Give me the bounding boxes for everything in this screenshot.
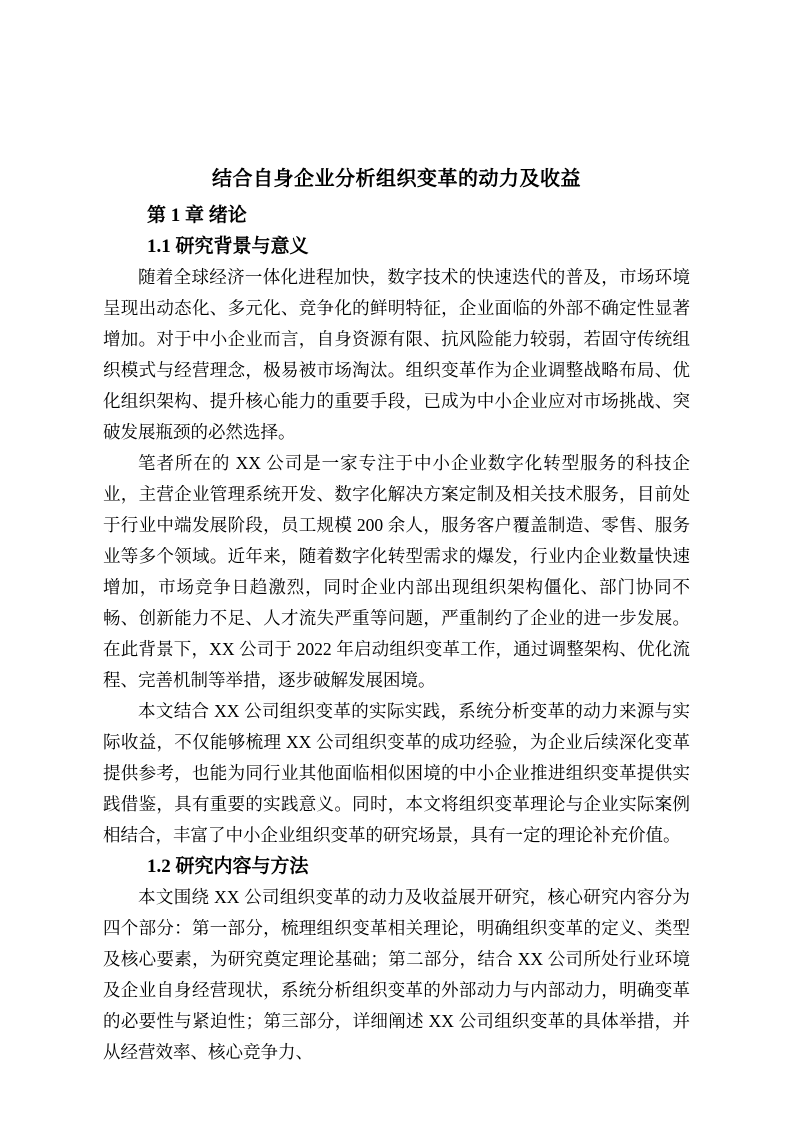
document-title: 结合自身企业分析组织变革的动力及收益 bbox=[103, 164, 690, 194]
section-1-1-paragraph-2: 笔者所在的 XX 公司是一家专注于中小企业数字化转型服务的科技企业，主营企业管理… bbox=[103, 448, 690, 696]
section-1-1-heading: 1.1 研究背景与意义 bbox=[103, 231, 690, 262]
document-content: 结合自身企业分析组织变革的动力及收益 第 1 章 绪论 1.1 研究背景与意义 … bbox=[0, 0, 793, 1068]
section-1-2-heading: 1.2 研究内容与方法 bbox=[103, 851, 690, 882]
document-page: 结合自身企业分析组织变革的动力及收益 第 1 章 绪论 1.1 研究背景与意义 … bbox=[0, 0, 793, 1122]
section-1-2-paragraph-1: 本文围绕 XX 公司组织变革的动力及收益展开研究，核心研究内容分为四个部分：第一… bbox=[103, 882, 690, 1068]
section-1-1-paragraph-3: 本文结合 XX 公司组织变革的实际实践，系统分析变革的动力来源与实际收益，不仅能… bbox=[103, 696, 690, 851]
section-1-1-paragraph-1: 随着全球经济一体化进程加快，数字技术的快速迭代的普及，市场环境呈现出动态化、多元… bbox=[103, 262, 690, 448]
chapter-1-heading: 第 1 章 绪论 bbox=[103, 200, 690, 231]
